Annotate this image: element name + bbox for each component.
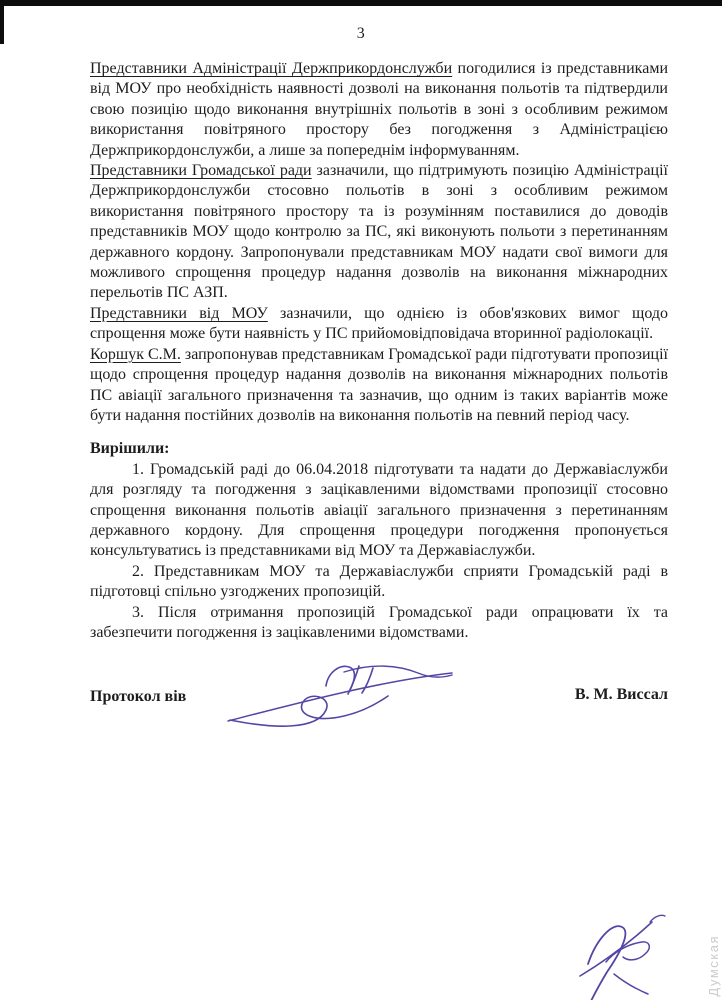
document-body: Представники Адміністрації Держприкордон…	[0, 43, 722, 757]
paragraph-public-council: Представники Громадської ради зазначили,…	[90, 161, 668, 304]
protocol-keeper-label: Протокол вів	[90, 687, 186, 707]
paragraph-mou: Представники від МОУ зазначили, що одніє…	[90, 304, 668, 345]
decision-item-1: 1. Громадській раді до 06.04.2018 підгот…	[90, 460, 668, 562]
paragraph-lead: Представники Адміністрації Держприкордон…	[90, 60, 452, 77]
decision-item-2: 2. Представникам МОУ та Державіаслужби с…	[90, 562, 668, 603]
decision-heading: Вирішили:	[90, 439, 668, 459]
signature-ink	[220, 655, 460, 735]
paragraph-text: зазначили, що підтримують позицію Адміні…	[90, 162, 668, 301]
protocol-keeper-name: В. М. Виссал	[575, 685, 668, 705]
paragraph-lead: Коршук С.М.	[90, 346, 181, 363]
paragraph-lead: Представники Громадської ради	[90, 162, 312, 179]
watermark: Думская	[706, 935, 721, 997]
signature-block: Протокол вів В. М. Виссал	[90, 679, 668, 757]
decision-item-3: 3. Після отримання пропозицій Громадсько…	[90, 603, 668, 644]
document-page: 3 Представники Адміністрації Держприкорд…	[0, 25, 722, 757]
page-number: 3	[0, 25, 722, 43]
scan-edge-left	[0, 0, 4, 44]
scan-edge-top	[0, 0, 722, 6]
paragraph-border-service: Представники Адміністрації Держприкордон…	[90, 59, 668, 161]
signature-bottom-ink	[552, 904, 670, 1000]
paragraph-lead: Представники від МОУ	[90, 305, 268, 322]
paragraph-korshuk: Коршук С.М. запропонував представникам Г…	[90, 345, 668, 427]
